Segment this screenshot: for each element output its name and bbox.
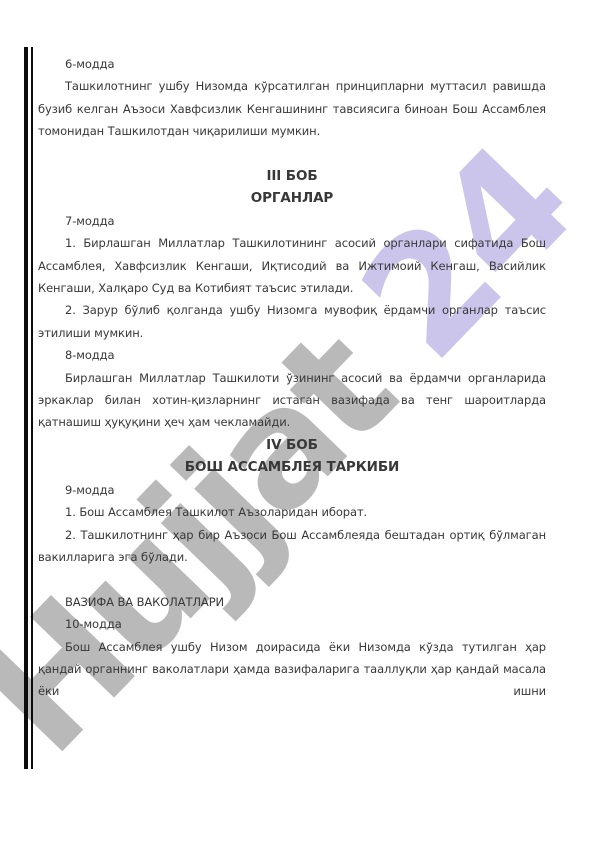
- chapter-title-heading: БОШ АССАМБЛЕЯ ТАРКИБИ: [38, 456, 546, 478]
- article-number: 8-модда: [38, 344, 546, 366]
- body-paragraph: Бирлашган Миллатлар Ташкилоти ўзининг ас…: [38, 367, 546, 434]
- scan-edge-line-outer: [24, 47, 28, 769]
- document-body: 6-моддаТашкилотнинг ушбу Низомда кўрсати…: [38, 0, 546, 703]
- blank-line: [38, 568, 546, 590]
- body-paragraph: Бош Ассамблея ушбу Низом доирасида ёки Н…: [38, 636, 546, 703]
- body-paragraph: 2. Ташкилотнинг ҳар бир Аъзоси Бош Ассам…: [38, 524, 546, 569]
- blank-line: [38, 143, 546, 165]
- section-label: ВАЗИФА ВА ВАКОЛАТЛАРИ: [38, 591, 546, 613]
- body-paragraph: Ташкилотнинг ушбу Низомда кўрсатилган пр…: [38, 75, 546, 142]
- article-number: 6-модда: [38, 53, 546, 75]
- article-number: 7-модда: [38, 210, 546, 232]
- scan-edge-line-inner: [31, 47, 34, 769]
- document-page: Hujjat 24 6-моддаТашкилотнинг ушбу Низом…: [0, 0, 596, 842]
- chapter-title-heading: ОРГАНЛАР: [38, 187, 546, 209]
- body-paragraph: 2. Зарур бўлиб қолганда ушбу Низомга мув…: [38, 299, 546, 344]
- body-paragraph: 1. Бирлашган Миллатлар Ташкилотининг асо…: [38, 232, 546, 299]
- article-number: 10-модда: [38, 613, 546, 635]
- article-number: 9-модда: [38, 479, 546, 501]
- body-paragraph: 1. Бош Ассамблея Ташкилот Аъзоларидан иб…: [38, 501, 546, 523]
- chapter-heading: III БОБ: [38, 165, 546, 187]
- chapter-heading: IV БОБ: [38, 434, 546, 456]
